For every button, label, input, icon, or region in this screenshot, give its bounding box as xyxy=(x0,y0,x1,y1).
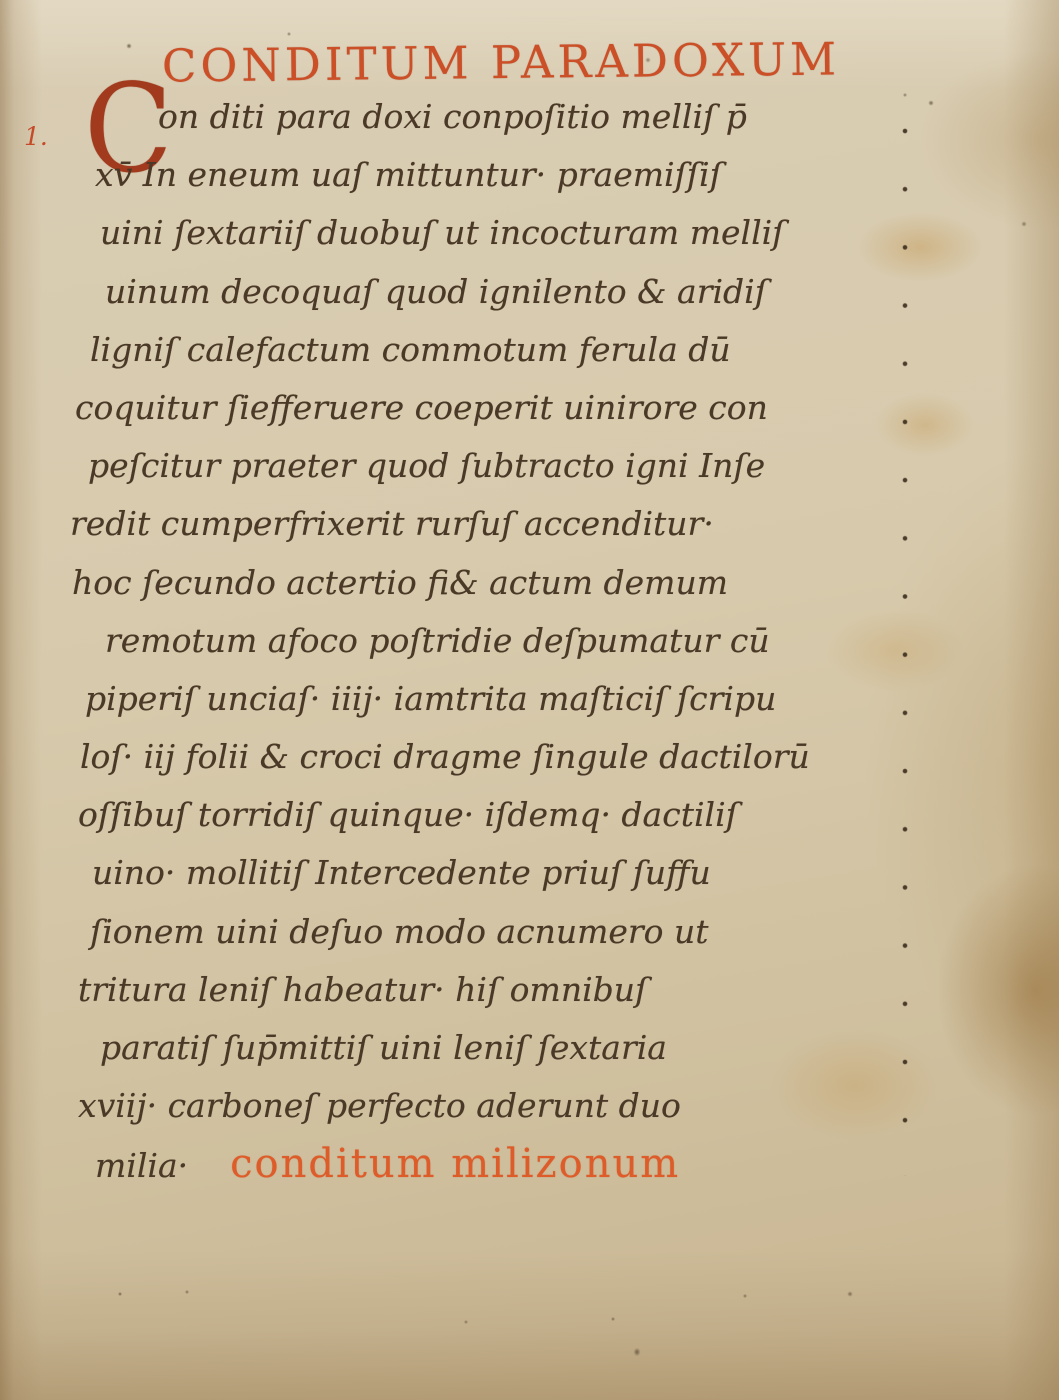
manuscript-line: oſſibuſ torridiſ quinque· iſdemq· dactil… xyxy=(78,786,930,844)
manuscript-line: piperiſ unciaſ· iiij· iamtrita maſticiſ … xyxy=(85,670,930,728)
manuscript-page: CONDITUM PARADOXUM 1. C on diti para dox… xyxy=(0,0,1059,1400)
manuscript-line: uino· mollitiſ Intercedente priuſ ſuffu xyxy=(92,844,930,902)
manuscript-line: coquitur ſiefferuere coeperit uinirore c… xyxy=(75,379,930,437)
pricking-dots-column xyxy=(901,126,909,1176)
manuscript-line: ſionem uini deſuo modo acnumero ut xyxy=(90,903,930,961)
manuscript-line: xviij· carboneſ perfecto aderunt duo xyxy=(78,1077,930,1135)
manuscript-line: redit cumperfrixerit rurſuſ accenditur· xyxy=(70,495,930,553)
manuscript-line: on diti para doxi conpoſitio melliſ p̄ xyxy=(158,88,930,146)
manuscript-line: loſ· iij folii & croci dragme ſingule da… xyxy=(80,728,930,786)
manuscript-line: ligniſ calefactum commotum ferula dū xyxy=(90,321,930,379)
manuscript-line-end: milia· xyxy=(95,1137,188,1195)
manuscript-line: paratiſ ſup̄mittiſ uini leniſ ſextaria xyxy=(100,1019,930,1077)
manuscript-line: uinum decoquaſ quod ignilento & aridiſ xyxy=(105,263,930,321)
margin-chapter-number: 1. xyxy=(24,122,48,151)
manuscript-line: remotum afoco poſtridie deſpumatur cū xyxy=(105,612,930,670)
manuscript-text-block: on diti para doxi conpoſitio melliſ p̄ x… xyxy=(70,88,930,1194)
manuscript-line: xv̄ In eneum uaſ mittuntur· praemiſſiſ xyxy=(95,146,930,204)
manuscript-line: uini ſextariiſ duobuſ ut incocturam mell… xyxy=(100,204,930,262)
rubric-title: CONDITUM PARADOXUM xyxy=(162,36,841,88)
manuscript-line: hoc ſecundo actertio fi& actum demum xyxy=(72,554,930,612)
manuscript-line: tritura leniſ habeatur· hiſ omnibuſ xyxy=(78,961,930,1019)
manuscript-line: peſcitur praeter quod ſubtracto igni Inſ… xyxy=(88,437,930,495)
manuscript-line: milia· conditum milizonum xyxy=(95,1135,930,1193)
closing-rubric: conditum milizonum xyxy=(230,1135,680,1193)
